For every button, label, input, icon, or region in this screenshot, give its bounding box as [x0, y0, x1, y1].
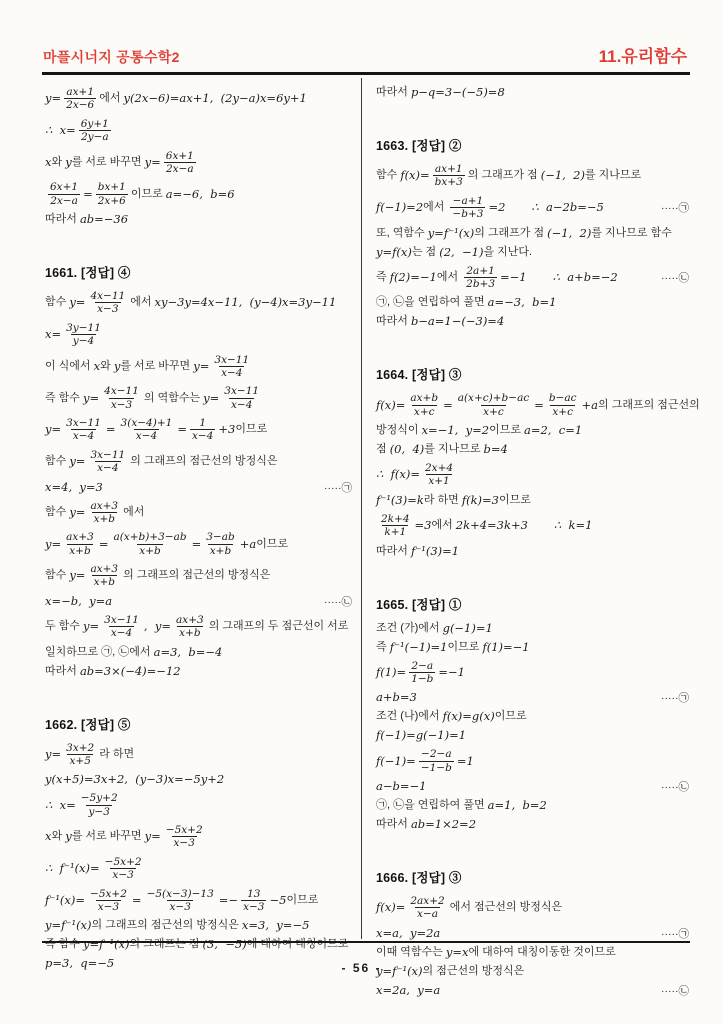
math-run: ∴ x=	[45, 123, 76, 138]
math-run: y=	[45, 91, 61, 106]
text-run: 의 그래프의 두 점근선이 서로	[209, 619, 349, 634]
solution-line: 6x+12x−a=bx+12x+6이므로 a=−6, b=6	[45, 179, 352, 209]
text-run: 에서	[431, 518, 455, 533]
math-run: =	[534, 398, 544, 413]
text-run: 를 서로 바꾸면	[72, 829, 145, 844]
fraction-numerator: ax+1	[433, 163, 465, 175]
fraction: 3−abx+b	[204, 531, 236, 557]
solution-line: x와 y를 서로 바꾸면 y=−5x+2x−3	[45, 822, 352, 852]
solution-line: 조건 (가)에서 g(−1)=1	[376, 620, 689, 637]
fraction: 3x+2x+5	[64, 742, 96, 768]
fraction-denominator: x−3	[110, 868, 135, 881]
math-run: x=	[45, 327, 61, 342]
problem-title: 1663. [정답] ②	[376, 136, 689, 154]
math-run: =	[83, 187, 93, 202]
text-run: ㉠, ㉡을 연립하여 풀면	[376, 295, 488, 310]
fraction: −5x+2x−3	[164, 824, 205, 850]
math-run: f(x)=g(x)	[443, 709, 495, 724]
text-run: 와	[52, 155, 66, 170]
text-run: 를 지나므로 함수	[591, 226, 672, 241]
math-run: ∴ f(x)=	[376, 467, 420, 482]
math-run: =	[106, 422, 116, 437]
math-run: f(−1)=	[376, 754, 416, 769]
math-run: =−1	[438, 665, 465, 680]
math-run: f(−1)=g(−1)=1	[376, 728, 466, 743]
solution-line: f(−1)=2에서 −a+1−b+3=2∴ a−2b=−5·····㉠	[376, 193, 689, 223]
math-run: a=−3, b=1	[488, 295, 557, 310]
math-run: a=2, c=1	[524, 423, 582, 438]
math-run: ∴ x=	[45, 798, 76, 813]
fraction-numerator: 1	[197, 417, 208, 429]
reference-marker: ·····㉡	[661, 779, 689, 794]
solution-line: 따라서 ab=−36	[45, 211, 352, 228]
text-run: 와	[52, 829, 66, 844]
fraction: 2x+4x+1	[423, 462, 455, 488]
fraction-denominator: x+b	[177, 626, 202, 639]
math-run: (2, −1)	[439, 245, 483, 260]
text-run: 점	[376, 442, 390, 457]
text-run: 이므로	[495, 709, 527, 724]
math-run: f⁻¹(3)=1	[411, 544, 459, 559]
solution-line: 두 함수 y=3x−11x−4, y=ax+3x+b의 그래프의 두 점근선이 …	[45, 612, 352, 642]
fraction-denominator: x+c	[481, 405, 506, 418]
solution-line: y=ax+3x+b=a(x+b)+3−abx+b=3−abx+b+a이므로	[45, 529, 352, 559]
math-run: ab=−36	[80, 212, 128, 227]
math-run: y=	[193, 359, 209, 374]
fraction-numerator: 3−ab	[204, 531, 236, 543]
text-run: 이므로	[235, 422, 267, 437]
math-run: =3	[415, 518, 432, 533]
solution-line: 점 (0, 4)를 지나므로 b=4	[376, 441, 689, 458]
solution-line: x=4, y=3·····㉠	[45, 479, 352, 496]
fraction-denominator: k+1	[382, 525, 408, 538]
fraction-numerator: ax+b	[408, 392, 440, 404]
math-run: =	[192, 537, 202, 552]
page-number: - 56 -	[0, 961, 723, 975]
fraction-numerator: −5x+2	[88, 888, 129, 900]
solution-line: f⁻¹(x)=−5x+2x−3=−5(x−3)−13x−3=−13x−3−5이므…	[45, 886, 352, 916]
text-run: 즉	[376, 640, 390, 655]
fraction-denominator: x−4	[109, 626, 134, 639]
fraction: ax+bx+c	[408, 392, 440, 418]
solution-line: x=a, y=2a·····㉠	[376, 925, 689, 942]
solution-line: 따라서 b−a=1−(−3)=4	[376, 313, 689, 330]
fraction-denominator: x−4	[71, 429, 96, 442]
fraction: 2k+4k+1	[379, 513, 412, 539]
fraction-numerator: −5(x−3)−13	[145, 888, 216, 900]
math-run: f(k)=3	[462, 493, 499, 508]
solution-line: 즉 함수 y=f⁻¹(x)의 그래프는 점 (3, −5)에 대하여 대칭이므로	[45, 936, 352, 953]
math-run: ab=3×(−4)=−12	[80, 664, 181, 679]
text-run: 두 함수	[45, 619, 83, 634]
text-run: 에 대하여 대칭이동한 것이므로	[469, 945, 616, 960]
text-run: 에서	[123, 505, 144, 520]
fraction-numerator: bx+1	[96, 181, 128, 193]
solution-line: x=−b, y=a·····㉡	[45, 593, 352, 610]
math-run: f⁻¹(3)=k	[376, 493, 424, 508]
solution-line: y(x+5)=3x+2, (y−3)x=−5y+2	[45, 771, 352, 788]
math-run: f⁻¹(−1)=1	[390, 640, 448, 655]
text-run: 라 하면	[424, 493, 462, 508]
fraction-numerator: −5x+2	[103, 856, 144, 868]
reference-marker: ·····㉠	[324, 480, 352, 495]
solution-block: 따라서 p−q=3−(−5)=8	[376, 84, 689, 103]
fraction-numerator: 3x+2	[64, 742, 96, 754]
fraction: 3x−11x−4	[102, 614, 141, 640]
text-run: 를 서로 바꾸면	[120, 359, 193, 374]
fraction: −5y+2y−3	[79, 792, 120, 818]
solution-line: 함수 y=3x−11x−4의 그래프의 점근선의 방정식은	[45, 447, 352, 477]
text-run: 를 지나므로	[585, 168, 641, 183]
solution-block: y=ax+12x−6에서 y(2x−6)=ax+1, (2y−a)x=6y+1∴…	[45, 84, 352, 230]
solution-line: 따라서 ab=3×(−4)=−12	[45, 663, 352, 680]
math-run: f(x)=	[376, 398, 405, 413]
math-run: =	[177, 422, 187, 437]
fraction-denominator: x+c	[550, 405, 575, 418]
math-run: f⁻¹(x)=	[45, 893, 85, 908]
math-run: =2	[488, 200, 505, 215]
text-run: 의 그래프의 점근선의	[598, 398, 700, 413]
math-run: y=	[203, 391, 219, 406]
solution-line: 즉 함수 y=4x−11x−3의 역함수는 y=3x−11x−4	[45, 383, 352, 413]
math-run: a−b=−1	[376, 779, 426, 794]
math-run: y=f⁻¹(x)	[428, 226, 475, 241]
footer-rule	[42, 941, 690, 943]
math-run: (−1, 2)	[547, 226, 591, 241]
fraction: 2−a1−b	[409, 660, 435, 686]
text-run: 의 그래프의 점근선의 방정식은	[123, 568, 270, 583]
math-run: y=	[45, 537, 61, 552]
column-divider	[361, 78, 362, 939]
fraction: b−acx+c	[547, 392, 579, 418]
math-run: =−	[219, 893, 238, 908]
fraction-numerator: 6x+1	[48, 181, 80, 193]
solution-line: 일치하므로 ㉠, ㉡에서 a=3, b=−4	[45, 644, 352, 661]
fraction-denominator: x−4	[190, 429, 215, 442]
solution-line: ㉠, ㉡을 연립하여 풀면 a=1, b=2	[376, 797, 689, 814]
math-run: p−q=3−(−5)=8	[411, 85, 505, 100]
solution-block: 1664. [정답] ③f(x)=ax+bx+c=a(x+c)+b−acx+c=…	[376, 365, 689, 561]
fraction-numerator: 4x−11	[88, 290, 127, 302]
fraction-numerator: 3y−11	[64, 322, 103, 334]
fraction-numerator: −a+1	[451, 195, 486, 207]
text-run: 의 그래프가 점	[468, 168, 541, 183]
reference-marker: ·····㉠	[661, 690, 689, 705]
math-run: y(2x−6)=ax+1, (2y−a)x=6y+1	[124, 91, 307, 106]
fraction-numerator: ax+3	[88, 500, 120, 512]
fraction-denominator: 1−b	[409, 672, 435, 685]
text-run: 의 역함수는	[144, 391, 203, 406]
fraction-numerator: 2x+4	[423, 462, 455, 474]
fraction: ax+3x+b	[88, 563, 120, 589]
math-run: f(x)=	[400, 168, 429, 183]
fraction: a(x+b)+3−abx+b	[111, 531, 188, 557]
fraction-denominator: 2x+6	[96, 194, 128, 207]
fraction: −5x+2x−3	[88, 888, 129, 914]
solution-line: a−b=−1·····㉡	[376, 778, 689, 795]
text-run: 방정식이	[376, 423, 422, 438]
fraction-numerator: ax+1	[64, 86, 96, 98]
solution-line: 이때 역함수는 y=x에 대하여 대칭이동한 것이므로	[376, 944, 689, 961]
math-run: y=f(x)	[376, 245, 412, 260]
fraction: bx+12x+6	[96, 181, 128, 207]
math-run: y=	[69, 505, 85, 520]
text-run: 와	[100, 359, 114, 374]
fraction: ax+12x−6	[64, 86, 96, 112]
fraction-denominator: x−3	[167, 900, 192, 913]
text-run: 즉 함수	[45, 391, 83, 406]
reference-marker: ·····㉡	[661, 270, 689, 285]
problem-title: 1661. [정답] ④	[45, 263, 352, 281]
math-run: a=−6, b=6	[166, 187, 235, 202]
fraction-denominator: x+b	[67, 544, 92, 557]
solution-line: x=3y−11y−4	[45, 320, 352, 350]
fraction-denominator: x+b	[92, 575, 117, 588]
fraction-denominator: 2y−a	[79, 130, 111, 143]
fraction-numerator: ax+3	[88, 563, 120, 575]
text-run: 이때 역함수는	[376, 945, 446, 960]
reference-marker: ·····㉡	[324, 594, 352, 609]
fraction-denominator: x−4	[95, 461, 120, 474]
fraction: −5x+2x−3	[103, 856, 144, 882]
problem-title: 1664. [정답] ③	[376, 365, 689, 383]
math-run: y=x	[446, 945, 469, 960]
book-title: 마플시너지 공통수학2	[43, 47, 180, 67]
solution-line: 2k+4k+1=3에서 2k+4=3k+3∴ k=1	[376, 511, 689, 541]
math-run: y=	[145, 155, 161, 170]
math-run: =	[99, 537, 109, 552]
solution-line: 함수 y=ax+3x+b에서	[45, 498, 352, 528]
solution-line: 조건 (나)에서 f(x)=g(x)이므로	[376, 708, 689, 725]
fraction: 3y−11y−4	[64, 322, 103, 348]
fraction: −a+1−b+3	[450, 195, 485, 221]
text-run: 의 그래프는 점	[130, 937, 203, 952]
math-run: (3, −5)	[202, 937, 246, 952]
fraction-numerator: 13	[245, 888, 262, 900]
solution-line: 즉 f(2)=−1에서 2a+12b+3=−1∴ a+b=−2·····㉡	[376, 263, 689, 293]
fraction: −5(x−3)−13x−3	[145, 888, 216, 914]
fraction-denominator: 2x−a	[48, 194, 80, 207]
text-run: 이 식에서	[45, 359, 94, 374]
math-run: y=	[83, 619, 99, 634]
text-run: 따라서	[45, 212, 80, 227]
solution-line: ∴ f(x)=2x+4x+1	[376, 460, 689, 490]
math-run: ∴ k=1	[554, 518, 593, 533]
fraction-numerator: 2a+1	[464, 265, 496, 277]
text-run: 함수	[376, 168, 400, 183]
solution-line: 함수 y=4x−11x−3에서 xy−3y=4x−11, (y−4)x=3y−1…	[45, 288, 352, 318]
problem-title: 1666. [정답] ③	[376, 868, 689, 886]
fraction: 4x−11x−3	[88, 290, 127, 316]
fraction-denominator: y−3	[86, 805, 111, 818]
fraction-denominator: x+b	[137, 544, 162, 557]
fraction: 6x+12x−a	[164, 150, 196, 176]
problem-title: 1662. [정답] ⑤	[45, 715, 352, 733]
text-run: 함수	[45, 505, 69, 520]
text-run: 따라서	[376, 544, 411, 559]
fraction: ax+3x+b	[88, 500, 120, 526]
fraction-numerator: −5y+2	[79, 792, 120, 804]
solution-line: x=2a, y=a·····㉡	[376, 982, 689, 999]
math-run: ∴ a+b=−2	[553, 270, 618, 285]
math-run: y=	[69, 568, 85, 583]
workbook-page: 마플시너지 공통수학2 11.유리함수 y=ax+12x−6에서 y(2x−6)…	[0, 0, 723, 1024]
fraction: −2−a−1−b	[419, 748, 454, 774]
fraction-denominator: x−3	[109, 398, 134, 411]
text-run: 을 지난다.	[483, 245, 532, 260]
fraction-denominator: x−3	[96, 900, 121, 913]
fraction-numerator: 4x−11	[102, 385, 141, 397]
math-run: y=	[145, 829, 161, 844]
fraction: ax+3x+b	[64, 531, 96, 557]
fraction: ax+3x+b	[174, 614, 206, 640]
fraction-denominator: x−3	[172, 836, 197, 849]
math-run: f(1)=	[376, 665, 406, 680]
fraction-denominator: x+b	[208, 544, 233, 557]
fraction: 1x−4	[190, 417, 215, 443]
fraction-numerator: a(x+b)+3−ab	[111, 531, 188, 543]
math-run: f(2)=−1	[390, 270, 437, 285]
text-run: 를 지나므로	[424, 442, 483, 457]
math-run: b−a=1−(−3)=4	[411, 314, 504, 329]
text-run: 에서	[130, 295, 154, 310]
math-run: =	[132, 893, 142, 908]
solution-line: y=3x−11x−4=3(x−4)+1x−4=1x−4+3이므로	[45, 415, 352, 445]
fraction: 2a+12b+3	[464, 265, 497, 291]
text-run: 의 그래프의 점근선의 방정식은	[130, 454, 277, 469]
text-run: 는 점	[412, 245, 439, 260]
text-run: 에서	[437, 270, 461, 285]
solution-line: ㉠, ㉡을 연립하여 풀면 a=−3, b=1	[376, 294, 689, 311]
math-run: x=2a, y=a	[376, 983, 440, 998]
math-run: y(x+5)=3x+2, (y−3)x=−5y+2	[45, 772, 224, 787]
text-run: 따라서	[376, 85, 411, 100]
math-run: x=−1, y=2	[422, 423, 490, 438]
fraction-denominator: x+c	[412, 405, 437, 418]
fraction-denominator: x−4	[229, 398, 254, 411]
solution-line: 또, 역함수 y=f⁻¹(x)의 그래프가 점 (−1, 2)를 지나므로 함수	[376, 225, 689, 242]
fraction-denominator: x−3	[95, 302, 120, 315]
left-column: y=ax+12x−6에서 y(2x−6)=ax+1, (2y−a)x=6y+1∴…	[45, 80, 352, 974]
solution-line: a+b=3·····㉠	[376, 689, 689, 706]
fraction-numerator: b−ac	[547, 392, 579, 404]
text-run: 에서	[99, 91, 123, 106]
solution-line: 이 식에서 x와 y를 서로 바꾸면 y=3x−11x−4	[45, 352, 352, 382]
fraction-numerator: 3x−11	[102, 614, 141, 626]
solution-line: x와 y를 서로 바꾸면 y=6x+12x−a	[45, 148, 352, 178]
fraction: 6y+12y−a	[79, 118, 111, 144]
fraction-numerator: 2ax+2	[408, 895, 446, 907]
fraction-numerator: ax+3	[174, 614, 206, 626]
fraction: 2ax+2x−a	[408, 895, 446, 921]
fraction: 3x−11x−4	[64, 417, 103, 443]
fraction-denominator: x−4	[219, 366, 244, 379]
math-run: xy−3y=4x−11, (y−4)x=3y−11	[155, 295, 337, 310]
text-run: 이므로	[489, 423, 524, 438]
fraction-denominator: bx+3	[433, 175, 465, 188]
solution-line: y=ax+12x−6에서 y(2x−6)=ax+1, (2y−a)x=6y+1	[45, 84, 352, 114]
fraction: ax+1bx+3	[433, 163, 465, 189]
text-run: 에 대하여 대칭이므로	[247, 937, 349, 952]
text-run: 이므로	[256, 537, 288, 552]
fraction: 3(x−4)+1x−4	[119, 417, 175, 443]
fraction-numerator: 3x−11	[88, 449, 127, 461]
text-run: 를 서로 바꾸면	[72, 155, 145, 170]
solution-line: 방정식이 x=−1, y=2이므로 a=2, c=1	[376, 422, 689, 439]
fraction-numerator: a(x+c)+b−ac	[456, 392, 532, 404]
text-run: 조건 (가)에서	[376, 621, 443, 636]
solution-block: 1666. [정답] ③f(x)=2ax+2x−a에서 점근선의 방정식은x=a…	[376, 868, 689, 1001]
solution-line: 즉 f⁻¹(−1)=1이므로 f(1)=−1	[376, 639, 689, 656]
text-run: 함수	[45, 454, 69, 469]
fraction-denominator: 2x−a	[164, 162, 196, 175]
fraction-denominator: −1−b	[419, 761, 454, 774]
solution-block: 1661. [정답] ④함수 y=4x−11x−3에서 xy−3y=4x−11,…	[45, 263, 352, 682]
text-run: 일치하므로 ㉠, ㉡에서	[45, 645, 154, 660]
math-run: y=f⁻¹(x)	[45, 918, 92, 933]
solution-line: f⁻¹(3)=k라 하면 f(k)=3이므로	[376, 492, 689, 509]
text-run: 조건 (나)에서	[376, 709, 443, 724]
math-run: g(−1)=1	[443, 621, 493, 636]
fraction-numerator: 3x−11	[222, 385, 261, 397]
reference-marker: ·····㉠	[661, 926, 689, 941]
solution-line: f(−1)=−2−a−1−b=1	[376, 746, 689, 776]
math-run: 2k+4=3k+3	[456, 518, 528, 533]
reference-marker: ·····㉡	[661, 983, 689, 998]
text-run: 즉 함수	[45, 937, 83, 952]
math-run: , y=	[144, 619, 171, 634]
math-run: +3	[218, 422, 235, 437]
math-run: f(−1)=2	[376, 200, 423, 215]
text-run: 의 그래프가 점	[474, 226, 547, 241]
fraction-denominator: x+5	[67, 754, 92, 767]
math-run: a=1, b=2	[488, 798, 547, 813]
math-run: b=4	[484, 442, 508, 457]
chapter-title: 11.유리함수	[599, 42, 687, 67]
math-run: −5	[269, 893, 286, 908]
header-rule	[42, 72, 690, 75]
fraction-numerator: 3(x−4)+1	[119, 417, 175, 429]
reference-marker: ·····㉠	[661, 200, 689, 215]
math-run: x=4, y=3	[45, 480, 103, 495]
math-run: (−1, 2)	[541, 168, 585, 183]
solution-line: f(x)=ax+bx+c=a(x+c)+b−acx+c=b−acx+c+a의 그…	[376, 390, 689, 420]
fraction-numerator: 3x−11	[212, 354, 251, 366]
text-run: 이므로	[286, 893, 318, 908]
solution-line: f(x)=2ax+2x−a에서 점근선의 방정식은	[376, 893, 689, 923]
math-run: y=f⁻¹(x)	[83, 937, 130, 952]
solution-line: 함수 f(x)=ax+1bx+3의 그래프가 점 (−1, 2)를 지나므로	[376, 161, 689, 191]
fraction-numerator: 6x+1	[164, 150, 196, 162]
math-run: f(1)=−1	[482, 640, 529, 655]
fraction-denominator: x+1	[426, 474, 451, 487]
solution-line: y=f(x)는 점 (2, −1)을 지난다.	[376, 244, 689, 261]
fraction: 13x−3	[241, 888, 266, 914]
text-run: 따라서	[376, 314, 411, 329]
solution-line: f(1)=2−a1−b=−1	[376, 658, 689, 688]
text-run: 따라서	[376, 817, 411, 832]
math-run: =1	[457, 754, 474, 769]
math-run: f(x)=	[376, 900, 405, 915]
fraction: 3x−11x−4	[222, 385, 261, 411]
fraction: 4x−11x−3	[102, 385, 141, 411]
math-run: y=	[83, 391, 99, 406]
fraction-denominator: −b+3	[450, 207, 485, 220]
fraction-denominator: 2b+3	[464, 277, 497, 290]
solution-line: 따라서 ab=1×2=2	[376, 816, 689, 833]
fraction-denominator: x+b	[92, 512, 117, 525]
solution-line: f(−1)=g(−1)=1	[376, 727, 689, 744]
